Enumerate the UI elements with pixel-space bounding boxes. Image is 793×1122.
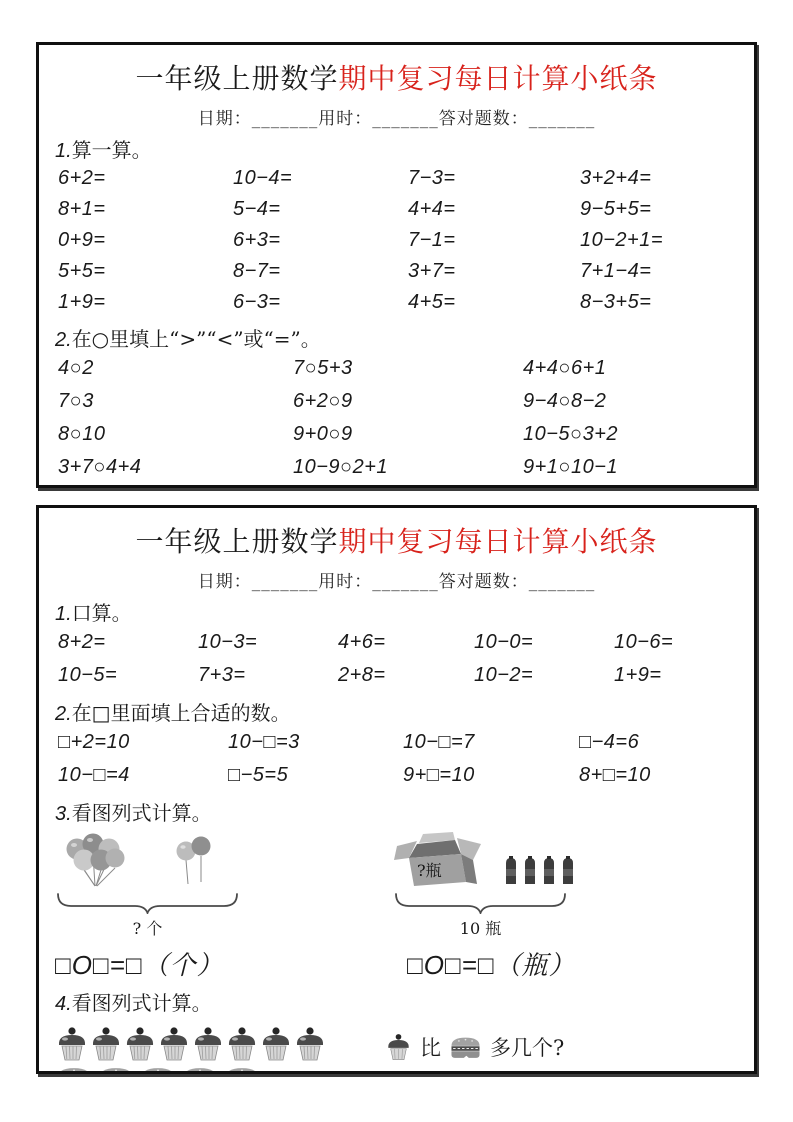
calc-row: 5+5= 8−7= 3+7= 7+1−4= <box>55 256 738 287</box>
problem: 10−3= <box>198 626 338 659</box>
compare-equation: □O□=□（个） <box>409 1068 578 1074</box>
problem: 9+□=10 <box>403 759 579 792</box>
calc-row: 3+7○4+4 10−9○2+1 9+1○10−1 <box>55 451 738 484</box>
calc-row: 6+2= 10−4= 7−3= 3+2+4= <box>55 163 738 194</box>
problem: 8○10 <box>58 418 293 451</box>
problem: 0+9= <box>58 225 233 256</box>
compare-problem-row: 比 多几个? □O□=□（个） <box>55 1022 738 1074</box>
problem: 9+1○10−1 <box>523 451 738 484</box>
picture-problem-row: ? 个 □O□=□（个） ?瓶 <box>55 832 738 982</box>
question-line: 比 多几个? <box>385 1032 578 1062</box>
under-brace-icon <box>393 892 568 914</box>
bottle-icon <box>522 854 538 886</box>
problem: 4+4= <box>408 194 580 225</box>
bottle-problem: ?瓶 <box>393 832 733 982</box>
cupcake-icon <box>55 1026 89 1063</box>
bottle-total-label: 10 瓶 <box>393 916 568 939</box>
burger-icon <box>97 1065 135 1074</box>
problem: 7○3 <box>58 385 293 418</box>
section-heading-fill-box: 2.在□里面填上合适的数。 <box>55 697 738 726</box>
problem: 4+6= <box>338 626 474 659</box>
burger-icon <box>139 1065 177 1074</box>
balloon-total-label: ? 个 <box>55 916 240 939</box>
section-heading-compare: 2.在○里填上“>”“<”或“=”。 <box>55 323 738 352</box>
calc-row: 8+2= 10−3= 4+6= 10−0= 10−6= <box>55 626 738 659</box>
balloon-cluster-icon <box>55 832 240 890</box>
problem: 10−6= <box>614 626 738 659</box>
title-red-part: 期中复习每日计算小纸条 <box>339 62 658 95</box>
burger-icon <box>223 1065 261 1074</box>
problem: 10−2= <box>474 659 614 692</box>
problem: 6+2= <box>58 163 233 194</box>
problem: 4○2 <box>58 352 293 385</box>
problem: 8+□=10 <box>579 759 738 792</box>
under-brace-icon <box>55 892 240 914</box>
compare-question: 比 多几个? □O□=□（个） <box>385 1022 578 1074</box>
cupcake-icon <box>157 1026 191 1063</box>
cupcake-icon <box>259 1026 293 1063</box>
box-icon: ?瓶 <box>393 832 485 890</box>
calc-row: 10−5= 7+3= 2+8= 10−2= 1+9= <box>55 659 738 692</box>
section-heading-picture-eq-2: 4.看图列式计算。 <box>55 987 738 1016</box>
burger-row <box>55 1065 385 1074</box>
calc-row: □+2=10 10−□=3 10−□=7 □−4=6 <box>55 726 738 759</box>
problem: 10−5○3+2 <box>523 418 738 451</box>
bottle-icon <box>541 854 557 886</box>
calc-row: 7○3 6+2○9 9−4○8−2 <box>55 385 738 418</box>
problem: 9+0○9 <box>293 418 523 451</box>
cupcake-icon <box>191 1026 225 1063</box>
problem: 5+5= <box>58 256 233 287</box>
bottle-art: ?瓶 <box>393 832 733 890</box>
burger-icon <box>449 1035 482 1060</box>
meta-line: 日期：_______用时：_______答对题数：_______ <box>55 104 738 129</box>
worksheet-panel-1: 一年级上册数学期中复习每日计算小纸条 日期：_______用时：_______答… <box>36 42 757 488</box>
worksheet-panel-2: 一年级上册数学期中复习每日计算小纸条 日期：_______用时：_______答… <box>36 505 757 1074</box>
problem: □+2=10 <box>58 726 228 759</box>
problem: 10−4= <box>233 163 408 194</box>
brace-under-balloons <box>55 892 385 918</box>
problem: 7−3= <box>408 163 580 194</box>
bottle-icon <box>560 854 576 886</box>
section-heading-oral-calc: 1.口算。 <box>55 597 738 626</box>
problem: 10−□=4 <box>58 759 228 792</box>
box-count-label: ?瓶 <box>417 861 442 880</box>
problem: 3+7= <box>408 256 580 287</box>
calc-row: 1+9= 6−3= 4+5= 8−3+5= <box>55 287 738 318</box>
problem: 10−0= <box>474 626 614 659</box>
title-red-part: 期中复习每日计算小纸条 <box>339 525 658 558</box>
cupcake-icon <box>123 1026 157 1063</box>
problem: □−5=5 <box>228 759 403 792</box>
problem: 6+3= <box>233 225 408 256</box>
calc-row: 10−□=4 □−5=5 9+□=10 8+□=10 <box>55 759 738 792</box>
problem: 8+2= <box>58 626 198 659</box>
problem: 4+4○6+1 <box>523 352 738 385</box>
balloon-problem: ? 个 □O□=□（个） <box>55 832 385 982</box>
meta-line: 日期：_______用时：_______答对题数：_______ <box>55 567 738 592</box>
problem: 10−2+1= <box>580 225 738 256</box>
problem: 1+9= <box>58 287 233 318</box>
cupcake-row <box>55 1026 385 1063</box>
bottle-equation: □O□=□（瓶） <box>407 945 733 982</box>
compare-word: 比 <box>420 1032 441 1062</box>
problem: 8−7= <box>233 256 408 287</box>
problem: 9−5+5= <box>580 194 738 225</box>
problem: 5−4= <box>233 194 408 225</box>
problem: 7+1−4= <box>580 256 738 287</box>
problem: 10−9○2+1 <box>293 451 523 484</box>
problem: 8+1= <box>58 194 233 225</box>
section-heading-calculate: 1.算一算。 <box>55 134 738 163</box>
burger-icon <box>55 1065 93 1074</box>
bottle-icon <box>503 854 519 886</box>
burger-icon <box>181 1065 219 1074</box>
problem: 10−□=7 <box>403 726 579 759</box>
bottle-row <box>503 854 576 886</box>
problem: 6+2○9 <box>293 385 523 418</box>
problem: 7−1= <box>408 225 580 256</box>
problem: 3+7○4+4 <box>58 451 293 484</box>
problem: 3+2+4= <box>580 163 738 194</box>
balloon-equation: □O□=□（个） <box>55 945 385 982</box>
problem: 1+9= <box>614 659 738 692</box>
calc-row: 4○2 7○5+3 4+4○6+1 <box>55 352 738 385</box>
brace-under-bottles <box>393 892 733 918</box>
problem: 2+8= <box>338 659 474 692</box>
cupcake-icon <box>225 1026 259 1063</box>
problem: 10−5= <box>58 659 198 692</box>
problem: 7○5+3 <box>293 352 523 385</box>
calc-row: 8+1= 5−4= 4+4= 9−5+5= <box>55 194 738 225</box>
balloon-art <box>55 832 385 890</box>
section-heading-picture-eq-1: 3.看图列式计算。 <box>55 797 738 826</box>
calc-row: 8○10 9+0○9 10−5○3+2 <box>55 418 738 451</box>
title-black-part: 一年级上册数学 <box>135 525 338 558</box>
problem: 10−□=3 <box>228 726 403 759</box>
cupcake-icon <box>293 1026 327 1063</box>
cupcake-icon <box>385 1033 412 1062</box>
question-tail: 多几个? <box>490 1032 564 1062</box>
cupcake-icon <box>89 1026 123 1063</box>
title-black-part: 一年级上册数学 <box>135 62 338 95</box>
page-title: 一年级上册数学期中复习每日计算小纸条 <box>55 57 738 97</box>
calc-row: 0+9= 6+3= 7−1= 10−2+1= <box>55 225 738 256</box>
food-art <box>55 1022 385 1074</box>
page-title: 一年级上册数学期中复习每日计算小纸条 <box>55 520 738 560</box>
problem: 8−3+5= <box>580 287 738 318</box>
problem: 7+3= <box>198 659 338 692</box>
problem: 9−4○8−2 <box>523 385 738 418</box>
problem: □−4=6 <box>579 726 738 759</box>
problem: 4+5= <box>408 287 580 318</box>
problem: 6−3= <box>233 287 408 318</box>
